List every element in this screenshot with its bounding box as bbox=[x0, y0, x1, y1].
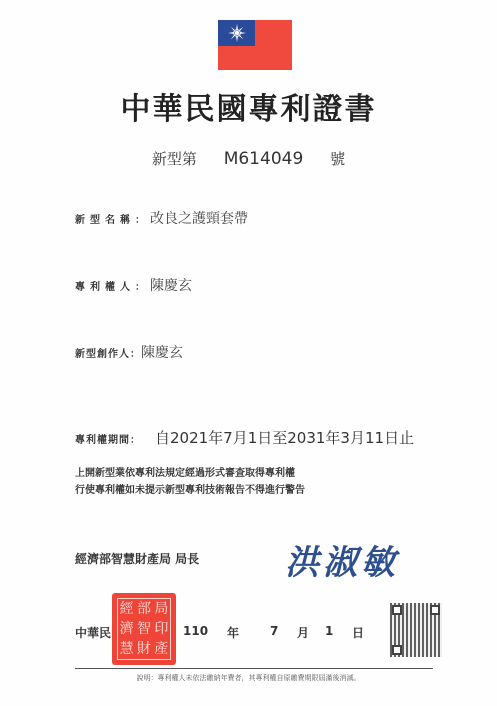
field-value: 自2021年7月1日至2031年3月11日止 bbox=[155, 427, 414, 448]
flag-icon bbox=[218, 20, 292, 70]
seal-characters: 經 部 局 濟 智 印 慧 財 產 bbox=[117, 598, 171, 660]
seal-char: 經 bbox=[118, 599, 135, 619]
date-year: 110 bbox=[183, 624, 208, 638]
qr-finder bbox=[430, 605, 440, 615]
patent-number-line: 新型第 M614049 號 bbox=[0, 148, 497, 169]
certificate-title: 中華民國專利證書 bbox=[0, 84, 497, 128]
field-label: 新型名稱： bbox=[75, 211, 150, 226]
patent-number-prefix: 新型第 bbox=[152, 148, 197, 169]
qr-finder bbox=[392, 605, 402, 615]
seal-char: 印 bbox=[153, 619, 170, 639]
field-patent-name: 新型名稱： 改良之護頸套帶 bbox=[75, 208, 248, 228]
date-month: 7 bbox=[270, 624, 278, 638]
field-value: 陳慶玄 bbox=[150, 275, 192, 295]
qr-code-icon bbox=[390, 603, 442, 657]
white-sun-icon bbox=[228, 24, 246, 42]
footnote: 說明：專利權人未依法繳納年費者，其專利權自原繳費期限屆滿後消滅。 bbox=[0, 673, 497, 683]
legal-notice: 上開新型業依專利法規定經過形式審查取得專利權 行使專利權如未提示新型專利技術報告… bbox=[75, 465, 305, 499]
notice-line: 上開新型業依專利法規定經過形式審查取得專利權 bbox=[75, 465, 305, 482]
seal-char: 慧 bbox=[118, 639, 135, 659]
notice-line: 行使專利權如未提示新型專利技術報告不得進行警告 bbox=[75, 482, 305, 499]
seal-char: 局 bbox=[153, 599, 170, 619]
director-signature: 洪淑敏 bbox=[285, 535, 399, 584]
issuing-office: 經濟部智慧財產局 局長 bbox=[75, 550, 199, 567]
qr-finder bbox=[392, 645, 402, 655]
field-patent-term: 專利權期間： 自2021年7月1日至2031年3月11日止 bbox=[75, 427, 414, 448]
field-creator: 新型創作人： 陳慶玄 bbox=[75, 342, 183, 362]
official-seal-icon: 經 部 局 濟 智 印 慧 財 產 bbox=[112, 593, 176, 665]
flag-canton bbox=[218, 20, 255, 46]
field-value: 陳慶玄 bbox=[141, 342, 183, 362]
seal-char: 智 bbox=[135, 619, 152, 639]
patent-number: M614049 bbox=[224, 149, 304, 169]
field-label: 新型創作人： bbox=[75, 345, 141, 360]
patent-certificate: 中華民國專利證書 新型第 M614049 號 新型名稱： 改良之護頸套帶 專利權… bbox=[0, 0, 497, 706]
field-label: 專利權期間： bbox=[75, 431, 141, 446]
patent-number-suffix: 號 bbox=[330, 148, 345, 169]
seal-char: 財 bbox=[135, 639, 152, 659]
date-day: 1 bbox=[325, 624, 333, 638]
date-month-unit: 月 bbox=[297, 624, 309, 641]
date-day-unit: 日 bbox=[352, 624, 364, 641]
seal-char: 濟 bbox=[118, 619, 135, 639]
field-label: 專利權人： bbox=[75, 278, 150, 293]
divider bbox=[75, 668, 433, 669]
seal-char: 部 bbox=[135, 599, 152, 619]
seal-char: 產 bbox=[153, 639, 170, 659]
field-value: 改良之護頸套帶 bbox=[150, 208, 248, 228]
date-year-unit: 年 bbox=[227, 624, 239, 641]
field-patent-owner: 專利權人： 陳慶玄 bbox=[75, 275, 192, 295]
